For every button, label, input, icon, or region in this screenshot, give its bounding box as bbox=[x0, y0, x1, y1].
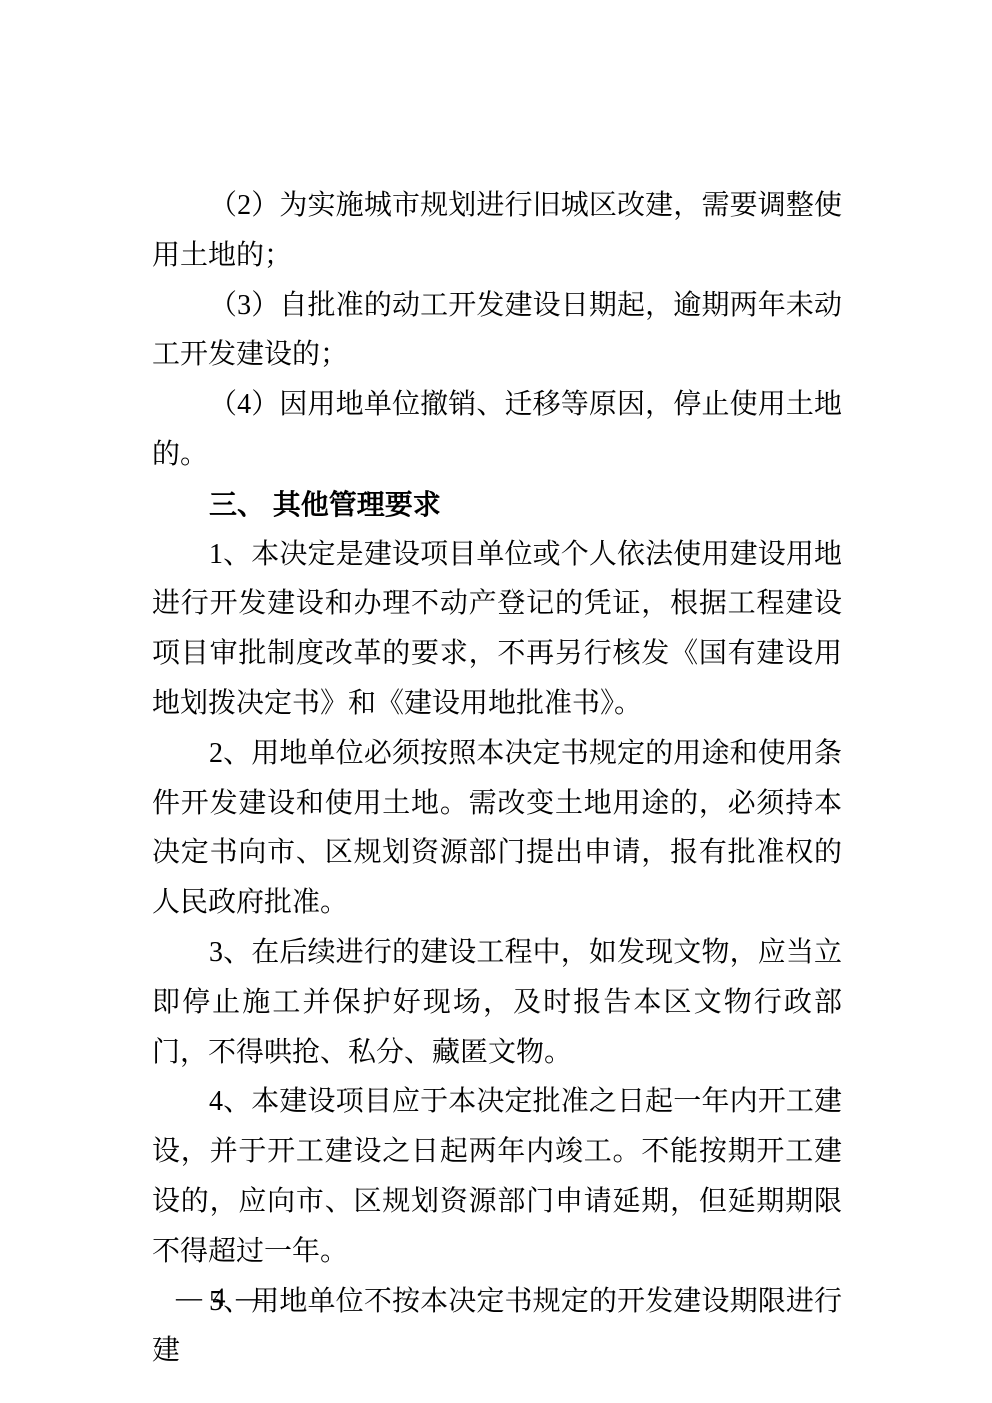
document-page: （2）为实施城市规划进行旧城区改建，需要调整使用土地的； （3）自批准的动工开发… bbox=[0, 0, 992, 1403]
paragraph-item-4: （4）因用地单位撤销、迁移等原因，停止使用土地的。 bbox=[152, 380, 842, 480]
paragraph-clause-2: 2、用地单位必须按照本决定书规定的用途和使用条件开发建设和使用土地。需改变土地用… bbox=[152, 729, 842, 928]
paragraph-clause-4: 4、本建设项目应于本决定批准之日起一年内开工建设，并于开工建设之日起两年内竣工。… bbox=[152, 1077, 842, 1276]
paragraph-clause-3: 3、在后续进行的建设工程中，如发现文物，应当立即停止施工并保护好现场，及时报告本… bbox=[152, 928, 842, 1077]
paragraph-item-2: （2）为实施城市规划进行旧城区改建，需要调整使用土地的； bbox=[152, 181, 842, 281]
page-number-footer: — 4 — bbox=[176, 1283, 264, 1313]
section-heading-other-management-requirements: 三、 其他管理要求 bbox=[152, 480, 842, 530]
paragraph-item-3: （3）自批准的动工开发建设日期起，逾期两年未动工开发建设的； bbox=[152, 281, 842, 381]
document-body: （2）为实施城市规划进行旧城区改建，需要调整使用土地的； （3）自批准的动工开发… bbox=[152, 181, 842, 1376]
paragraph-clause-1: 1、本决定是建设项目单位或个人依法使用建设用地进行开发建设和办理不动产登记的凭证… bbox=[152, 530, 842, 729]
